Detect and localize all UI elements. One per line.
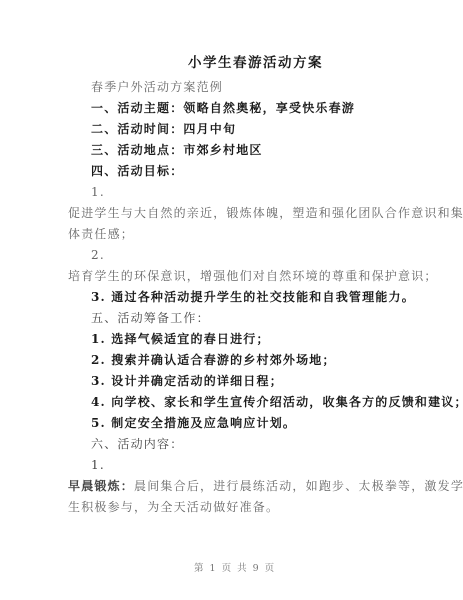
- content-1-line2: 生积极参与，为全天活动做好准备。: [68, 500, 279, 514]
- content-1-number: 1.: [91, 458, 105, 472]
- goal-1-text-line2: 体责任感；: [68, 227, 134, 241]
- section-prep-heading: 五、活动筹备工作：: [91, 311, 210, 325]
- document-subtitle: 春季户外活动方案范例: [91, 80, 223, 94]
- goal-1-text-line1: 促进学生与大自然的亲近，锻炼体魄，塑造和强化团队合作意识和集: [68, 206, 463, 220]
- content-1-label: 早晨锻炼：: [68, 479, 134, 493]
- section-place: 三、活动地点：市郊乡村地区: [91, 143, 263, 157]
- section-theme: 一、活动主题：领略自然奥秘，享受快乐春游: [91, 101, 355, 115]
- document-title: 小学生春游活动方案: [188, 56, 323, 70]
- prep-item: 3. 设计并确定活动的详细日程；: [91, 374, 283, 388]
- content-1-line1: 早晨锻炼：晨间集合后，进行晨练活动，如跑步、太极拳等，激发学: [68, 479, 463, 493]
- content-1-text: 晨间集合后，进行晨练活动，如跑步、太极拳等，激发学: [134, 479, 463, 493]
- section-time: 二、活动时间：四月中旬: [91, 122, 236, 136]
- prep-item: 5. 制定安全措施及应急响应计划。: [91, 416, 296, 430]
- goal-1-number: 1.: [91, 185, 105, 199]
- document-page: 小学生春游活动方案 春季户外活动方案范例 一、活动主题：领略自然奥秘，享受快乐春…: [0, 0, 463, 600]
- goal-3-text: 3. 通过各种活动提升学生的社交技能和自我管理能力。: [91, 290, 415, 304]
- prep-item: 1. 选择气候适宜的春日进行；: [91, 332, 270, 346]
- section-content-heading: 六、活动内容：: [91, 437, 183, 451]
- prep-item: 2. 搜索并确认适合春游的乡村郊外场地；: [91, 353, 336, 367]
- goal-2-number: 2.: [91, 248, 105, 262]
- prep-item: 4. 向学校、家长和学生宣传介绍活动，收集各方的反馈和建议；: [91, 395, 463, 409]
- section-goals-heading: 四、活动目标：: [91, 164, 183, 178]
- goal-2-text: 培育学生的环保意识，增强他们对自然环境的尊重和保护意识；: [68, 269, 438, 283]
- page-footer: 第 1 页 共 9 页: [194, 562, 276, 576]
